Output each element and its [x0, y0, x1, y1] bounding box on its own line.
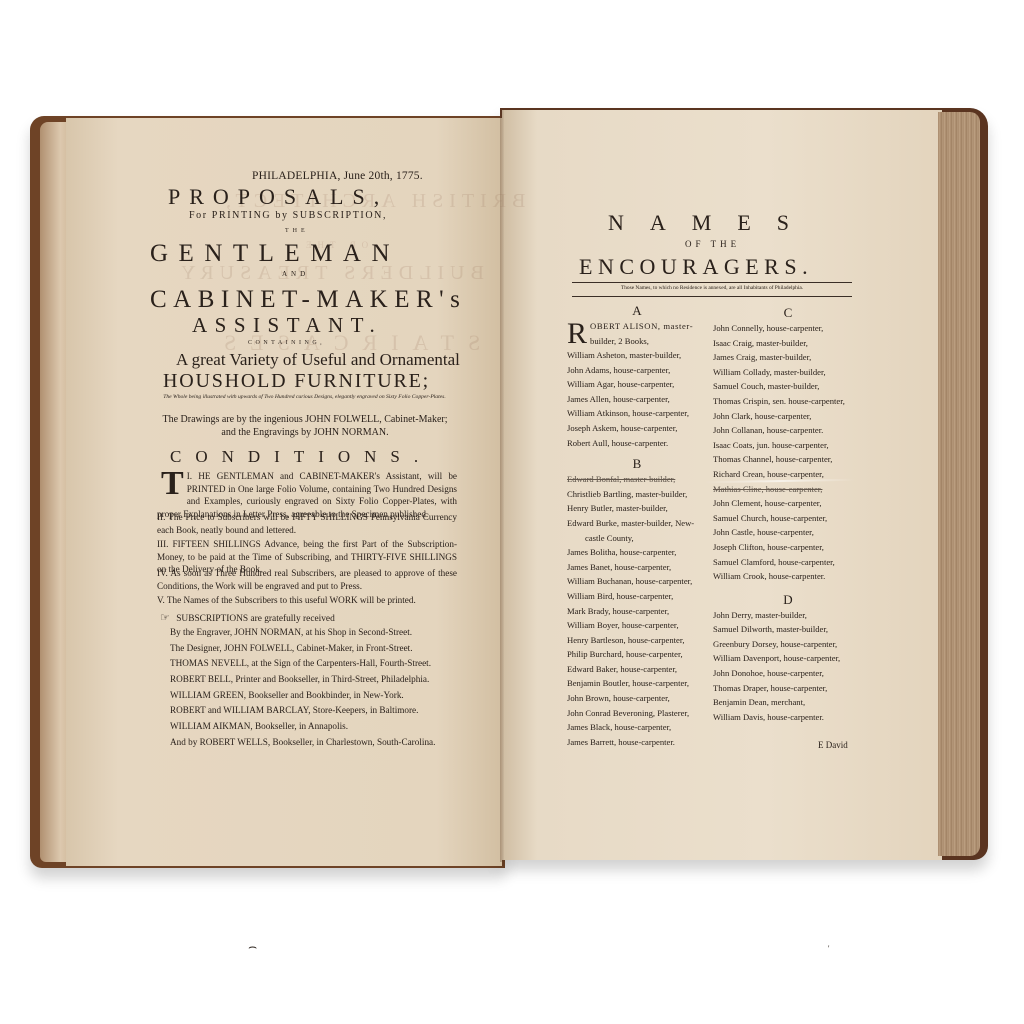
condition-number: I. [187, 471, 192, 481]
agent-item: ROBERT and WILLIAM BARCLAY, Store-Keeper… [170, 705, 460, 721]
name-entry: Isaac Coats, jun. house-carpenter, [713, 440, 863, 455]
name-entry: Thomas Channel, house-carpenter, [713, 454, 863, 469]
name-entry: Henry Bartleson, house-carpenter, [567, 635, 707, 650]
name-entry: Samuel Dilworth, master-builder, [713, 624, 863, 639]
agent-item: The Designer, JOHN FOLWELL, Cabinet-Make… [170, 643, 460, 659]
name-entry: William Agar, house-carpenter, [567, 379, 707, 394]
condition-number: III. [157, 539, 168, 549]
condition-4: IV. As soon as Three Hundred real Subscr… [157, 567, 457, 592]
name-entry: castle County, [567, 533, 707, 548]
section-header-c: C [713, 305, 863, 323]
condition-text: The Names of the Subscribers to this use… [167, 595, 416, 605]
name-entry: William Davenport, house-carpenter, [713, 653, 863, 668]
name-entry: Mark Brady, house-carpenter, [567, 606, 707, 621]
agent-item: WILLIAM GREEN, Bookseller and Bookbinder… [170, 690, 460, 706]
condition-number: II. [157, 512, 165, 522]
name-entry: Henry Butler, master-builder, [567, 503, 707, 518]
illustration-note: The Whole being illustrated with upwards… [152, 393, 457, 401]
name-entry: John Clark, house-carpenter, [713, 411, 863, 426]
condition-number: IV. [157, 568, 168, 578]
name-entry: Philip Burchard, house-carpenter, [567, 649, 707, 664]
dateline: PHILADELPHIA, June 20th, 1775. [252, 170, 423, 182]
name-entry: Thomas Crispin, sen. house-carpenter, [713, 396, 863, 411]
name-entry: John Conrad Beveroning, Plasterer, [567, 708, 707, 723]
title-cabinet-maker: CABINET-MAKER's [150, 286, 466, 314]
agent-item: WILLIAM AIKMAN, Bookseller, in Annapolis… [170, 721, 460, 737]
name-entry: William Asheton, master-builder, [567, 350, 707, 365]
stray-mark: ⌢ [248, 940, 257, 956]
name-entry: John Connelly, house-carpenter, [713, 323, 863, 338]
name-entry: John Donohoe, house-carpenter, [713, 668, 863, 683]
name-entry: James Barrett, house-carpenter. [567, 737, 707, 752]
name-entry: Samuel Clamford, house-carpenter, [713, 557, 863, 572]
name-entry: Greenbury Dorsey, house-carpenter, [713, 639, 863, 654]
name-entry: Edward Bonfal, master-builder, [567, 474, 707, 489]
name-entry: Benjamin Boutler, house-carpenter, [567, 678, 707, 693]
condition-5: V. The Names of the Subscribers to this … [157, 594, 457, 607]
name-entry: James Banet, house-carpenter, [567, 562, 707, 577]
name-entry: James Allen, house-carpenter, [567, 394, 707, 409]
agent-item: ROBERT BELL, Printer and Bookseller, in … [170, 674, 460, 690]
rule-bottom [572, 296, 852, 297]
for-printing-line: For PRINTING by SUBSCRIPTION, [189, 210, 387, 221]
name-entry: William Davis, house-carpenter. [713, 712, 863, 727]
name-entry: Joseph Askem, house-carpenter, [567, 423, 707, 438]
name-entry: Edward Baker, house-carpenter, [567, 664, 707, 679]
name-entry: John Collanan, house-carpenter. [713, 425, 863, 440]
name-entry: John Derry, master-builder, [713, 610, 863, 625]
name-entry: William Buchanan, house-carpenter, [567, 576, 707, 591]
subscriptions-line: ☞ SUBSCRIPTIONS are gratefully received [160, 611, 335, 624]
name-entry: Edward Burke, master-builder, New- [567, 518, 707, 533]
name-entry: Robert Aull, house-carpenter. [567, 438, 707, 453]
agent-item: By the Engraver, JOHN NORMAN, at his Sho… [170, 627, 460, 643]
name-entry: William Crook, house-carpenter. [713, 571, 863, 586]
section-header-a: A [567, 303, 707, 321]
title-and: AND [282, 270, 309, 278]
name-entry: Benjamin Dean, merchant, [713, 697, 863, 712]
title-the: THE [285, 228, 309, 234]
condition-text: As soon as Three Hundred real Subscriber… [157, 568, 457, 591]
column-right: C John Connelly, house-carpenter, Isaac … [713, 305, 863, 726]
name-entry: John Castle, house-carpenter, [713, 527, 863, 542]
name-entry: Samuel Church, house-carpenter, [713, 513, 863, 528]
name-entry: Christlieb Bartling, master-builder, [567, 489, 707, 504]
drawings-credit: The Drawings are by the ingenious JOHN F… [155, 413, 455, 439]
variety-line: A great Variety of Useful and Ornamental [176, 350, 460, 370]
drop-cap: R [567, 321, 587, 347]
houshold-furniture: HOUSHOLD FURNITURE; [163, 370, 430, 393]
section-header-b: B [567, 456, 707, 474]
column-left: A R OBERT ALISON, master- builder, 2 Boo… [567, 303, 707, 751]
title-names: NAMES [608, 210, 815, 236]
name-entry: Isaac Craig, master-builder, [713, 338, 863, 353]
name-entry: Samuel Couch, master-builder, [713, 381, 863, 396]
condition-2: II. The Price to Subscribers will be FIF… [157, 511, 457, 536]
entry-line: OBERT ALISON, master- [567, 321, 707, 336]
rule-top [572, 282, 852, 283]
name-entry: John Brown, house-carpenter, [567, 693, 707, 708]
gutter [500, 110, 504, 862]
name-entry: Mathias Cline, house-carpenter, [713, 484, 863, 499]
title-of-the: OF THE [685, 239, 740, 249]
title-proposals: PROPOSALS, [168, 184, 388, 210]
condition-number: V. [157, 595, 165, 605]
agents-list: By the Engraver, JOHN NORMAN, at his Sho… [170, 627, 460, 753]
title-gentleman: GENTLEMAN [150, 240, 400, 268]
residence-note: Those Names, to which no Residence is an… [572, 285, 852, 291]
name-entry: James Black, house-carpenter, [567, 722, 707, 737]
containing-label: CONTAINING, [248, 340, 325, 346]
drop-cap: T [161, 470, 184, 498]
pointing-hand-icon: ☞ [160, 612, 170, 624]
title-encouragers: ENCOURAGERS. [579, 254, 813, 280]
name-entry: William Boyer, house-carpenter, [567, 620, 707, 635]
name-entry: James Craig, master-builder, [713, 352, 863, 367]
agent-item: THOMAS NEVELL, at the Sign of the Carpen… [170, 658, 460, 674]
fore-edge-pages [938, 112, 980, 856]
name-entry: William Collady, master-builder, [713, 367, 863, 382]
conditions-heading: CONDITIONS. [170, 447, 432, 467]
name-entry: Thomas Draper, house-carpenter, [713, 683, 863, 698]
name-entry: William Atkinson, house-carpenter, [567, 408, 707, 423]
agent-item: And by ROBERT WELLS, Bookseller, in Char… [170, 737, 460, 753]
name-entry: Joseph Clifton, house-carpenter, [713, 542, 863, 557]
catchword: E David [818, 740, 848, 750]
name-entry: William Bird, house-carpenter, [567, 591, 707, 606]
subscriptions-text: SUBSCRIPTIONS are gratefully received [176, 614, 335, 624]
first-entry: R OBERT ALISON, master- builder, 2 Books… [567, 321, 707, 350]
name-entry: John Adams, house-carpenter, [567, 365, 707, 380]
stray-mark: ' [828, 944, 829, 953]
condition-text: The Price to Subscribers will be FIFTY S… [157, 512, 457, 535]
section-header-d: D [713, 592, 863, 610]
entry-line: builder, 2 Books, [567, 336, 707, 351]
name-entry: James Bolitha, house-carpenter, [567, 547, 707, 562]
title-assistant: ASSISTANT. [192, 313, 382, 338]
name-entry: John Clement, house-carpenter, [713, 498, 863, 513]
